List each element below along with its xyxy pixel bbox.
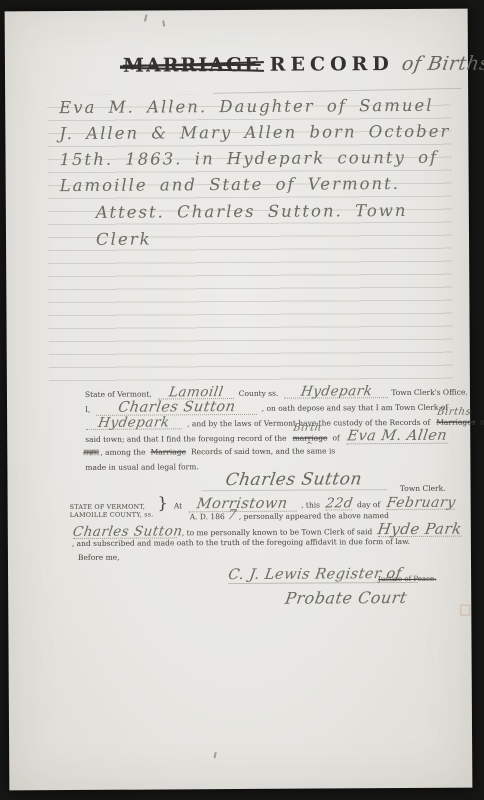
subject-name-fill: Eva M. Allen: [346, 431, 449, 444]
i-label: I,: [85, 405, 90, 414]
among-struck-word: Marriage: [151, 447, 186, 456]
notary-signature-block: C. J. Lewis Register of Justice of Peace…: [70, 565, 456, 623]
year-digit-handwriting: 7: [227, 510, 238, 521]
clerk-name-fill: Charles Sutton: [96, 402, 256, 416]
place-fill: Morristown: [188, 499, 296, 512]
dayof-label: day of: [357, 500, 380, 509]
state-label: State of Vermont,: [85, 390, 152, 399]
title-handwritten-suffix: of Births: [401, 56, 484, 72]
probate-court-handwriting-wrap: Probate Court: [285, 592, 407, 606]
probate-court-handwriting: Probate Court: [284, 592, 408, 606]
of-label: of: [480, 417, 484, 426]
office-label: Town Clerk's Office.: [391, 388, 468, 397]
affidavit-row: STATE OF VERMONT, LAMOILLE COUNTY, ss. }…: [70, 495, 456, 511]
day-handwriting: 22d: [325, 498, 354, 509]
town2-fill: Hydepark: [86, 417, 182, 430]
appeared-text: , personally appeared the above named: [239, 511, 389, 521]
caret-mark: ^: [306, 441, 313, 450]
county-fill: Lamoill: [158, 387, 234, 399]
notary-affidavit: STATE OF VERMONT, LAMOILLE COUNTY, ss. }…: [70, 495, 457, 623]
records-struck-word: Marriages: [436, 418, 475, 427]
depose-text: , on oath depose and say that I am Town …: [262, 403, 448, 413]
appearer-handwriting: Charles Sutton: [72, 526, 183, 537]
form-text: made in usual and legal form.: [85, 462, 198, 472]
records-correction-group: Marriages Births: [436, 418, 475, 427]
pencil-mark: [214, 752, 217, 758]
title-struck-word: MARRIAGE: [123, 54, 261, 77]
clerk-signature-handwriting: Charles Sutton: [225, 473, 363, 487]
officiant-handwriting: C. J. Lewis Register of: [227, 569, 402, 582]
pencil-mark: [144, 14, 148, 21]
entry-line: Eva M. Allen. Daughter of Samuel: [59, 93, 433, 121]
document-title: MARRIAGE RECORD of Births: [123, 53, 468, 77]
entry-line: 15th. 1863. in Hydepark county of: [59, 145, 438, 173]
clerk-signature-title: Town Clerk.: [400, 484, 446, 493]
attestation-line: Attest. Charles Sutton. Town Clerk: [96, 197, 452, 225]
appearer-fill: Charles Sutton: [73, 526, 177, 539]
entry-line: J. Allen & Mary Allen born October: [59, 119, 450, 147]
county-handwriting: Lamoill: [168, 387, 224, 398]
town-handwriting: Hydepark: [300, 386, 373, 397]
clerk-affidavit: State of Vermont, Lamoill County ss. Hyd…: [83, 386, 452, 502]
records-correction-handwriting: Births: [437, 409, 472, 417]
ad-label: A. D. 186: [190, 512, 225, 521]
pencil-mark: [162, 20, 165, 26]
entry-line: Lamoille and State of Vermont.: [60, 171, 400, 199]
venue-line2: LAMOILLE COUNTY, ss.: [70, 511, 158, 519]
record-correction-group: marriage Birth ^: [293, 433, 328, 442]
town-fill: Hydepark: [284, 386, 388, 399]
month-fill: February: [386, 498, 455, 511]
day-fill: 22d: [326, 498, 352, 510]
town2-handwriting: Hydepark: [98, 417, 171, 428]
justice-of-peace-struck-label: Justice of Peace.: [378, 575, 436, 583]
county-ss-label: County ss.: [239, 389, 279, 398]
title-word: RECORD: [270, 53, 394, 76]
month-handwriting: February: [385, 498, 456, 510]
scanned-image-frame: MARRIAGE RECORD of Births Eva M. Allen. …: [0, 0, 484, 800]
before-label: Before me,: [78, 553, 120, 562]
document-page: MARRIAGE RECORD of Births Eva M. Allen. …: [5, 9, 473, 791]
find-text: said town; and that I find the foregoing…: [85, 434, 286, 444]
among-text2: Records of said town, and the same is: [191, 446, 335, 456]
stamp-mark: [460, 605, 470, 616]
venue-block: STATE OF VERMONT, LAMOILLE COUNTY, ss.: [70, 503, 158, 519]
town-handwriting2: Hyde Park: [377, 523, 463, 536]
clerk-signature-fill: Charles Sutton: [201, 473, 386, 491]
at-label: At: [174, 501, 182, 510]
record-correction-handwriting: Birth: [293, 424, 323, 432]
of2-label: of: [332, 433, 339, 442]
venue-brace: }: [158, 496, 168, 510]
illegible-scribble: mm: [83, 448, 98, 458]
place-handwriting: Morristown: [196, 499, 289, 511]
affidavit-row: Charles Sutton , to me personally known …: [70, 523, 456, 539]
ruled-writing-area: Eva M. Allen. Daughter of Samuel J. Alle…: [47, 93, 453, 387]
this-label: , this: [301, 501, 320, 510]
clerk-name-handwriting: Charles Sutton: [117, 402, 236, 414]
among-text: , among the: [100, 448, 145, 457]
subject-name-handwriting: Eva M. Allen: [346, 431, 448, 443]
known-text: , to me personally known to be Town Cler…: [182, 527, 373, 537]
town-fill2: Hyde Park: [378, 523, 462, 538]
